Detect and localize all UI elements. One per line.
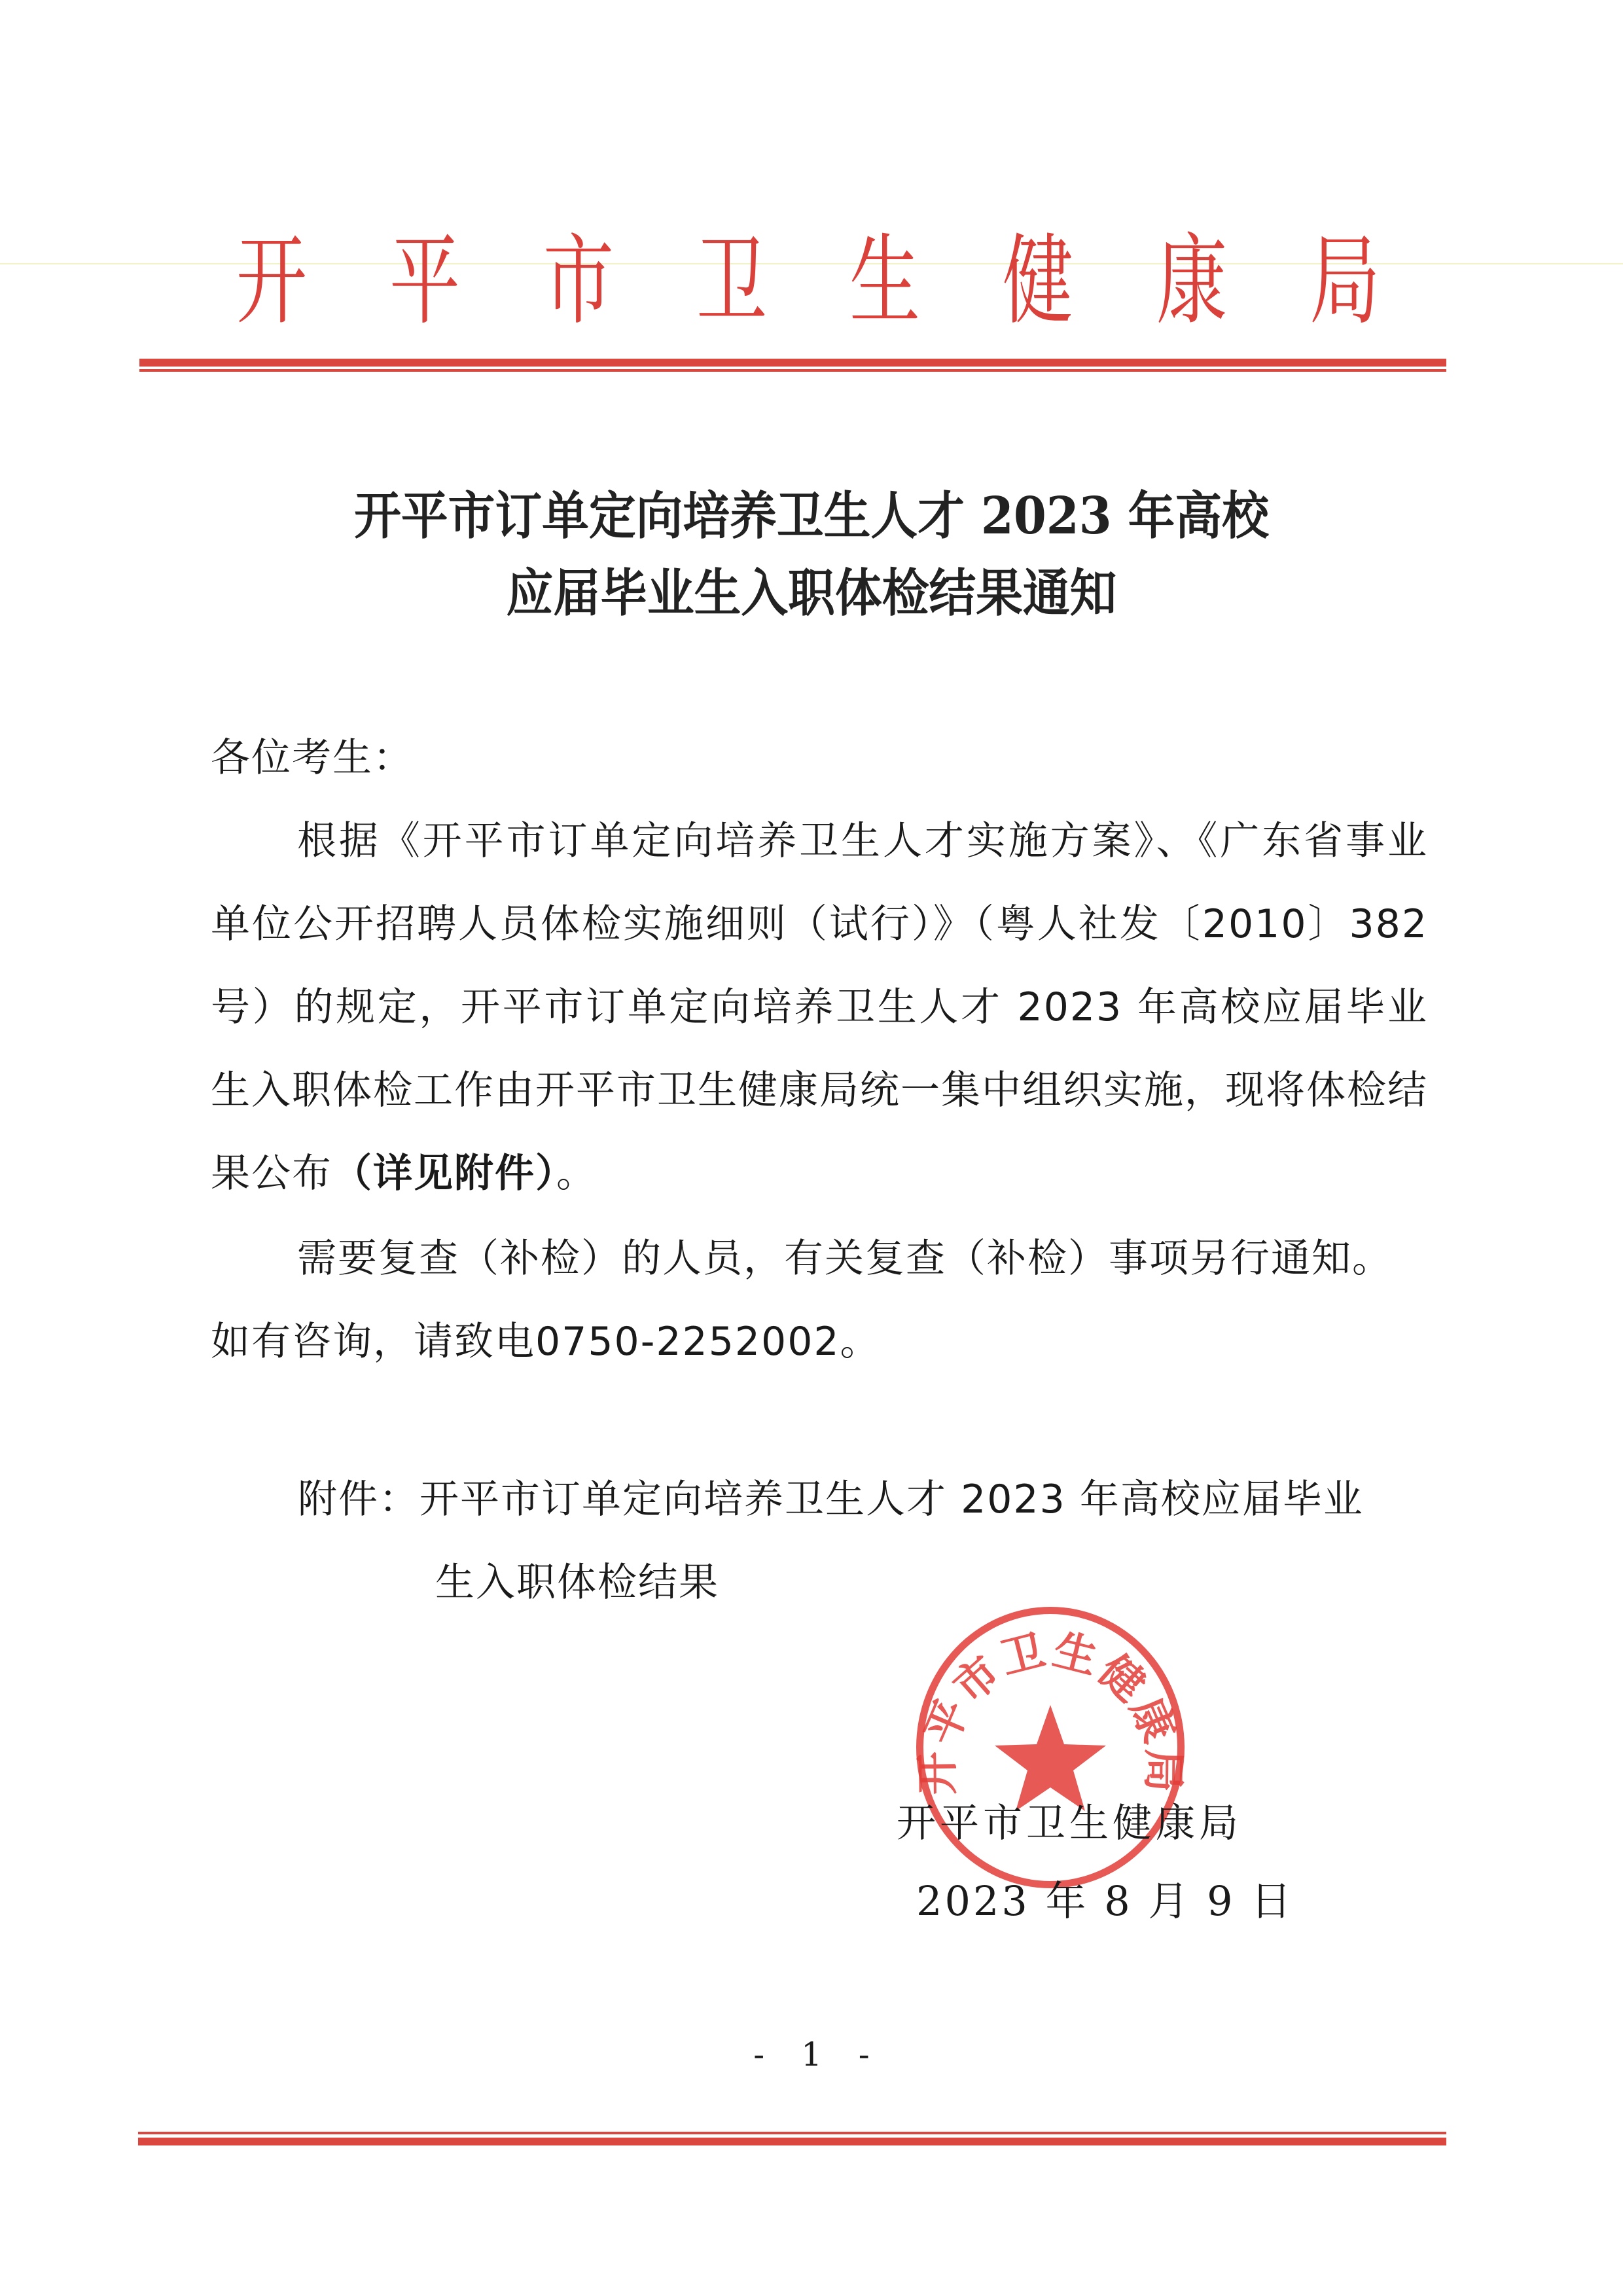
letterhead-divider-thin — [139, 369, 1446, 372]
letterhead-char: 局 — [1310, 232, 1380, 331]
letterhead-char: 平 — [389, 232, 460, 331]
paragraph-1-end: 。 — [556, 1151, 597, 1196]
letterhead: 开 平 市 卫 生 健 康 局 — [131, 216, 1492, 347]
letterhead-char: 生 — [849, 232, 920, 331]
letterhead-char: 卫 — [696, 232, 767, 331]
footer-divider-thick — [138, 2138, 1446, 2145]
attachment-label: 附件： — [298, 1477, 419, 1522]
attachment-title-line-1: 开平市订单定向培养卫生人才 2023 年高校应届毕业 — [419, 1477, 1364, 1522]
salutation: 各位考生： — [211, 726, 1428, 783]
attachment-reference: （详见附件） — [332, 1151, 556, 1196]
document-title: 开平市订单定向培养卫生人才 2023 年高校 应届毕业生入职体检结果通知 — [131, 478, 1492, 632]
letterhead-char: 开 — [236, 232, 307, 331]
paragraph-1-text: 根据《开平市订单定向培养卫生人才实施方案》、《广东省事业单位公开招聘人员体检实施… — [211, 818, 1428, 1196]
title-line-1: 开平市订单定向培养卫生人才 2023 年高校 — [185, 478, 1438, 555]
page-number: - 1 - — [654, 2036, 982, 2073]
document-page: 开 平 市 卫 生 健 康 局 开平市订单定向培养卫生人才 2023 年高校 应… — [0, 0, 1623, 2296]
letterhead-char: 健 — [1003, 232, 1073, 331]
attachment-note: 附件：开平市订单定向培养卫生人才 2023 年高校应届毕业 生入职体检结果 — [298, 1458, 1423, 1624]
letterhead-char: 康 — [1156, 232, 1227, 331]
signature-date: 2023 年 8 月 9 日 — [916, 1869, 1294, 1927]
letterhead-divider-thick — [139, 359, 1446, 367]
attachment-title-line-2: 生入职体检结果 — [298, 1541, 1423, 1624]
title-line-2: 应届毕业生入职体检结果通知 — [185, 555, 1438, 632]
footer-divider-thin — [138, 2132, 1446, 2134]
letterhead-char: 市 — [543, 232, 614, 331]
body-paragraph-1: 根据《开平市订单定向培养卫生人才实施方案》、《广东省事业单位公开招聘人员体检实施… — [211, 800, 1428, 1215]
body-paragraph-2: 需要复查（补检）的人员，有关复查（补检）事项另行通知。如有咨询，请致电0750-… — [211, 1217, 1428, 1384]
signature-organization: 开平市卫生健康局 — [897, 1792, 1242, 1848]
